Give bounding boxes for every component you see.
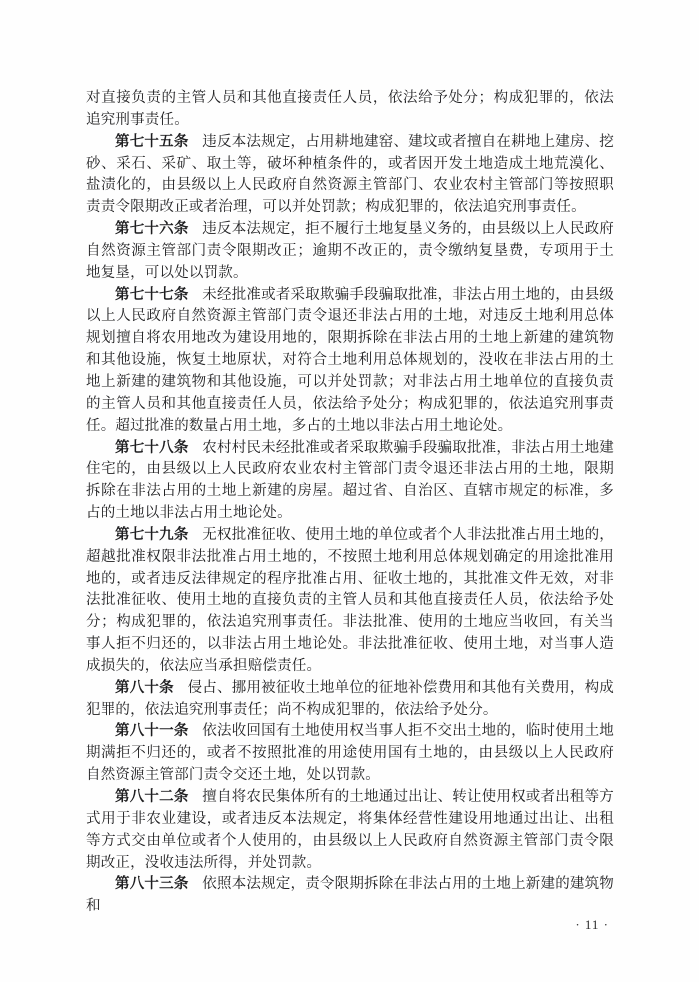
- article-number: 第七十七条: [115, 287, 189, 303]
- law-article-paragraph: 第七十八条农村村民未经批准或者采取欺骗手段骗取批准，非法占用土地建住宅的，由县级…: [86, 438, 614, 525]
- article-number: 第七十六条: [115, 221, 189, 237]
- article-number: 第七十八条: [115, 440, 189, 456]
- law-article-paragraph: 第七十五条违反本法规定，占用耕地建窑、建坟或者擅自在耕地上建房、挖砂、采石、采矿…: [86, 132, 614, 219]
- law-article-paragraph: 第七十九条无权批准征收、使用土地的单位或者个人非法批准占用土地的，超越批准权限非…: [86, 525, 614, 678]
- article-number: 第七十九条: [115, 527, 189, 543]
- law-article-paragraph: 第七十六条违反本法规定，拒不履行土地复垦义务的，由县级以上人民政府自然资源主管部…: [86, 219, 614, 285]
- law-article-paragraph: 第八十二条擅自将农民集体所有的土地通过出让、转让使用权或者出租等方式用于非农业建…: [86, 787, 614, 874]
- document-page: 对直接负责的主管人员和其他直接责任人员，依法给予处分；构成犯罪的，依法追究刑事责…: [0, 0, 699, 982]
- law-article-paragraph: 第八十三条依照本法规定，责令限期拆除在非法占用的土地上新建的建筑物和: [86, 874, 614, 918]
- page-number: · 11 ·: [575, 917, 609, 933]
- law-article-paragraph: 第八十一条依法收回国有土地使用权当事人拒不交出土地的，临时使用土地期满拒不归还的…: [86, 721, 614, 787]
- article-number: 第八十三条: [115, 876, 189, 892]
- law-article-paragraph: 第七十七条未经批准或者采取欺骗手段骗取批准，非法占用土地的，由县级以上人民政府自…: [86, 285, 614, 438]
- continuation-paragraph: 对直接负责的主管人员和其他直接责任人员，依法给予处分；构成犯罪的，依法追究刑事责…: [86, 88, 614, 132]
- article-number: 第八十一条: [115, 723, 189, 739]
- article-number: 第七十五条: [115, 134, 189, 150]
- article-number: 第八十二条: [115, 789, 189, 805]
- article-text-block: 对直接负责的主管人员和其他直接责任人员，依法给予处分；构成犯罪的，依法追究刑事责…: [86, 88, 614, 918]
- article-number: 第八十条: [115, 680, 174, 696]
- law-article-paragraph: 第八十条侵占、挪用被征收土地单位的征地补偿费用和其他有关费用，构成犯罪的，依法追…: [86, 678, 614, 722]
